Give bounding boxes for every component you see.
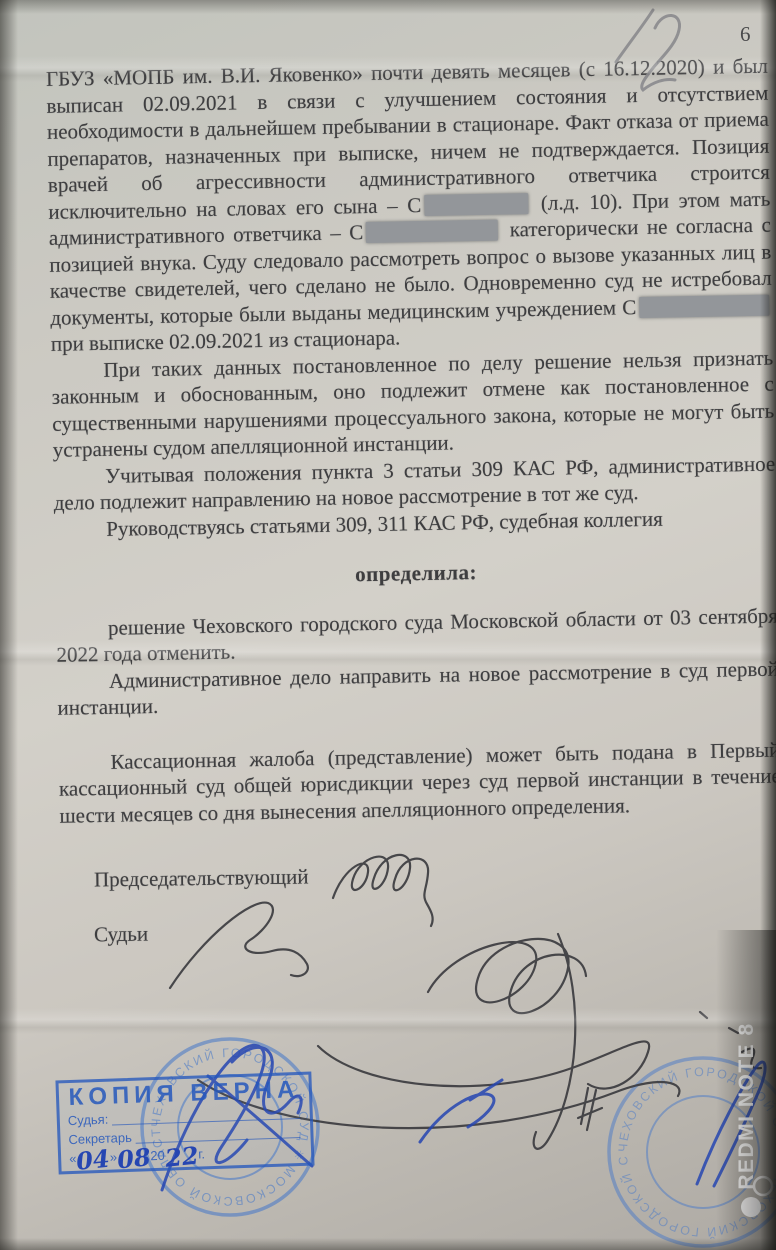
copy-certification-stamp: КОПИЯ ВЕРНА Судья: Секретарь « 04 » 08 2… [55,1072,314,1175]
ruling-paragraphs: решение Чеховского городского суда Моско… [56,602,776,829]
photographed-court-document: 6 ГБУЗ «МОПБ им. В.И. Яковенко» почти де… [0,0,776,1250]
handwritten-month: 08 [116,1149,151,1168]
paragraph: Кассационная жалоба (представление) може… [58,736,776,829]
ruling-heading: определила: [55,554,776,594]
redaction-box [639,294,769,317]
signature-presiding-judge [333,855,433,926]
year-prefix: 20 [150,1146,165,1166]
judges-label: Судьи [94,922,149,948]
paper-crease [0,1008,776,1034]
copy-stamp-judge-label: Судья: [68,1110,109,1130]
presiding-judge-label: Председательствующий [94,865,309,893]
paragraph: При таких данных постановленное по делу … [51,344,775,463]
document-text-block: ГБУЗ «МОПБ им. В.И. Яковенко» почти девя… [0,0,776,830]
paragraph-text: При таких данных постановленное по делу … [52,345,775,462]
handwritten-year: 22 [164,1147,199,1166]
paragraph-text: при выписке 02.09.2021 из стационара. [51,325,401,355]
paragraph: ГБУЗ «МОПБ им. В.И. Яковенко» почти девя… [46,53,773,358]
handwritten-day: 04 [76,1151,111,1170]
body-paragraphs: ГБУЗ «МОПБ им. В.И. Яковенко» почти девя… [46,53,776,543]
redaction-box [424,193,528,216]
photo-edge-shadow-bottom [0,1238,776,1250]
redaction-box [366,220,498,243]
phone-watermark-label: REDMI NOTE 8 [735,1022,759,1189]
paragraph-text: Кассационная жалоба (представление) може… [59,737,776,827]
